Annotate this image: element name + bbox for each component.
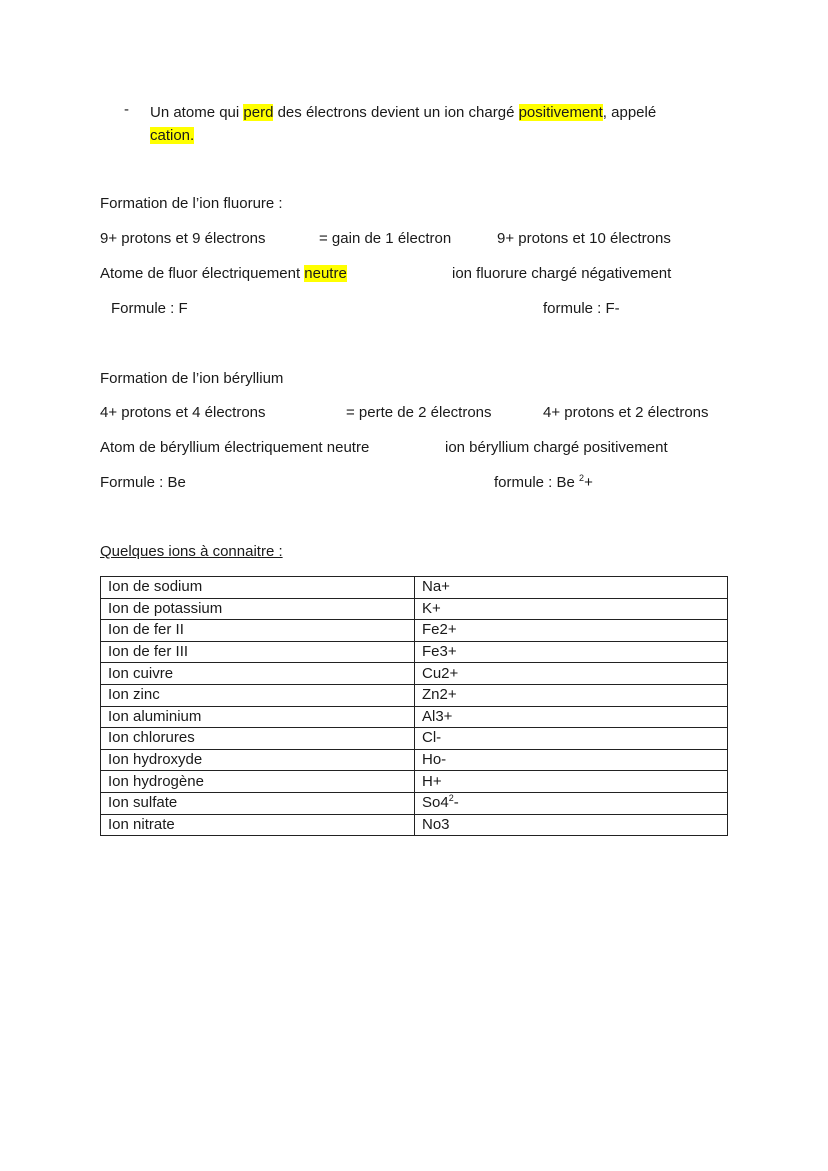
table-row: Ion zincZn2+ — [101, 684, 728, 706]
fluor-ion-description: ion fluorure chargé négativement — [452, 265, 671, 283]
ion-formula: Fe2+ — [422, 621, 457, 638]
fluor-initial-state: 9+ protons et 9 électrons — [100, 230, 266, 248]
highlight-cation: cation. — [150, 127, 194, 144]
fluor-title: Formation de l’ion fluorure : — [100, 195, 283, 213]
fluor-atom-description: Atome de fluor électriquement neutre — [100, 265, 347, 283]
bullet-dash: - — [124, 101, 129, 119]
ion-name-cell: Ion aluminium — [101, 706, 415, 728]
ion-formula-cell: Zn2+ — [415, 684, 728, 706]
ion-formula: No3 — [422, 816, 450, 833]
ion-name-cell: Ion de sodium — [101, 577, 415, 599]
highlight-neutre: neutre — [304, 265, 347, 282]
table-row: Ion de fer IIIFe3+ — [101, 641, 728, 663]
table-row: Ion cuivreCu2+ — [101, 663, 728, 685]
table-row: Ion chloruresCl- — [101, 728, 728, 750]
ion-name-cell: Ion hydroxyde — [101, 749, 415, 771]
ion-name-cell: Ion nitrate — [101, 814, 415, 836]
table-row: Ion hydrogèneH+ — [101, 771, 728, 793]
highlight-perd: perd — [243, 104, 273, 121]
ion-formula: Zn2+ — [422, 686, 457, 703]
beryllium-formula-suffix: + — [584, 474, 593, 491]
ion-name-cell: Ion zinc — [101, 684, 415, 706]
ions-table-title: Quelques ions à connaitre : — [100, 543, 283, 561]
beryllium-final-state: 4+ protons et 2 électrons — [543, 404, 709, 422]
fluor-ion-formula: formule : F- — [543, 300, 620, 318]
fluor-transformation: = gain de 1 électron — [319, 230, 451, 248]
ion-formula: So4 — [422, 794, 449, 811]
table-row: Ion de sodiumNa+ — [101, 577, 728, 599]
ion-formula: Ho- — [422, 751, 446, 768]
table-row: Ion hydroxydeHo- — [101, 749, 728, 771]
ion-formula: Na+ — [422, 578, 450, 595]
ion-name-cell: Ion sulfate — [101, 792, 415, 814]
ion-formula-cell: Al3+ — [415, 706, 728, 728]
ion-formula-cell: So42- — [415, 792, 728, 814]
ion-formula: Cl- — [422, 729, 441, 746]
ion-name-cell: Ion hydrogène — [101, 771, 415, 793]
fluor-atom-formula: Formule : F — [111, 300, 188, 318]
highlight-positivement: positivement — [519, 104, 603, 121]
intro-text-3: , appelé — [603, 104, 656, 121]
ion-formula-cell: Na+ — [415, 577, 728, 599]
ion-formula-cell: No3 — [415, 814, 728, 836]
beryllium-ion-formula: formule : Be 2+ — [494, 474, 593, 492]
ion-name-cell: Ion de potassium — [101, 598, 415, 620]
ion-formula-cell: H+ — [415, 771, 728, 793]
ion-formula-cell: Ho- — [415, 749, 728, 771]
table-row: Ion aluminiumAl3+ — [101, 706, 728, 728]
ion-name-cell: Ion de fer II — [101, 620, 415, 642]
ion-formula: Cu2+ — [422, 665, 458, 682]
ion-name-cell: Ion chlorures — [101, 728, 415, 750]
ion-formula: Al3+ — [422, 708, 452, 725]
table-row: Ion sulfateSo42- — [101, 792, 728, 814]
ion-name-cell: Ion cuivre — [101, 663, 415, 685]
fluor-final-state: 9+ protons et 10 électrons — [497, 230, 671, 248]
beryllium-title: Formation de l’ion béryllium — [100, 370, 283, 388]
ion-formula-suffix: - — [454, 794, 459, 811]
ion-formula-cell: Fe3+ — [415, 641, 728, 663]
beryllium-ion-description: ion béryllium chargé positivement — [445, 439, 668, 457]
beryllium-transformation: = perte de 2 électrons — [346, 404, 492, 422]
ion-formula-cell: K+ — [415, 598, 728, 620]
beryllium-atom-description: Atom de béryllium électriquement neutre — [100, 439, 369, 457]
beryllium-atom-formula: Formule : Be — [100, 474, 186, 492]
fluor-atom-text: Atome de fluor électriquement — [100, 265, 304, 282]
ion-formula-cell: Cl- — [415, 728, 728, 750]
beryllium-formula-prefix: formule : Be — [494, 474, 579, 491]
ion-formula-cell: Fe2+ — [415, 620, 728, 642]
table-row: Ion nitrateNo3 — [101, 814, 728, 836]
intro-text-1: Un atome qui — [150, 104, 243, 121]
ion-formula: K+ — [422, 600, 441, 617]
intro-paragraph: Un atome qui perd des électrons devient … — [150, 101, 710, 147]
ion-name-cell: Ion de fer III — [101, 641, 415, 663]
ion-formula: Fe3+ — [422, 643, 457, 660]
intro-text-2: des électrons devient un ion chargé — [273, 104, 518, 121]
beryllium-initial-state: 4+ protons et 4 électrons — [100, 404, 266, 422]
table-row: Ion de fer IIFe2+ — [101, 620, 728, 642]
ions-table: Ion de sodiumNa+Ion de potassiumK+Ion de… — [100, 576, 728, 836]
ion-formula: H+ — [422, 773, 442, 790]
table-row: Ion de potassiumK+ — [101, 598, 728, 620]
ion-formula-cell: Cu2+ — [415, 663, 728, 685]
